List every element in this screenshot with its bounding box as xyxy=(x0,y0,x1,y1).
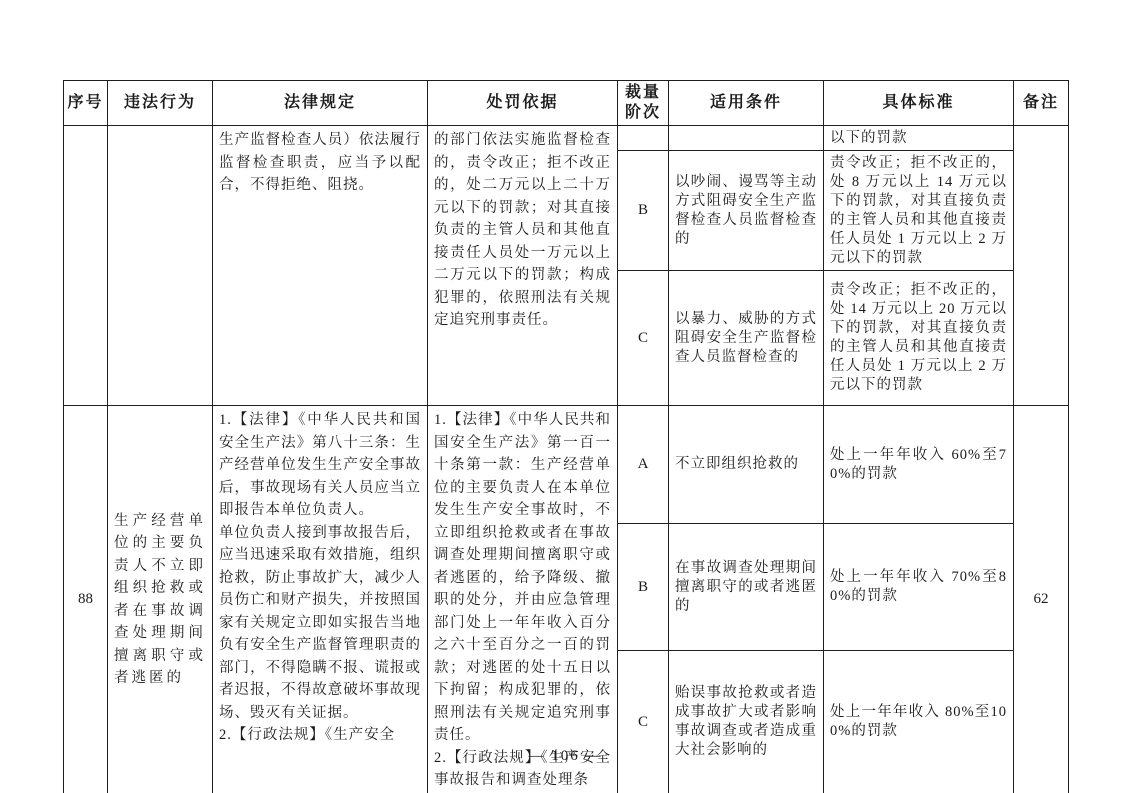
level-cell: B xyxy=(618,524,669,651)
standard-cell: 责令改正；拒不改正的，处 8 万元以上 14 万元以下的罚款，对其直接负责的主管… xyxy=(824,151,1014,271)
standard-cell: 以下的罚款 xyxy=(824,126,1014,151)
table-row: 88 生产经营单位的主要负责人不立即组织抢救或者在事故调查处理期间擅离职守或者逃… xyxy=(64,406,1069,524)
header-condition: 适用条件 xyxy=(669,81,824,126)
standard-cell: 处上一年年收入 60%至70%的罚款 xyxy=(824,406,1014,524)
condition-cell: 在事故调查处理期间擅离职守的或者逃匿的 xyxy=(669,524,824,651)
header-law: 法律规定 xyxy=(213,81,428,126)
level-cell: B xyxy=(618,151,669,271)
header-remark: 备注 xyxy=(1014,81,1069,126)
table-row: 生产监督检查人员）依法履行监督检查职责，应当予以配合，不得拒绝、阻挠。 的部门依… xyxy=(64,126,1069,151)
level-cell xyxy=(618,126,669,151)
header-basis: 处罚依据 xyxy=(428,81,618,126)
penalty-discretion-table: 序号 违法行为 法律规定 处罚依据 裁量阶次 适用条件 具体标准 备注 生产监督… xyxy=(63,80,1069,793)
serial-cell: 88 xyxy=(64,406,108,793)
condition-cell: 以吵闹、谩骂等主动方式阻碍安全生产监督检查人员监督检查的 xyxy=(669,151,824,271)
header-violation: 违法行为 xyxy=(108,81,213,126)
violation-cell xyxy=(108,126,213,406)
violation-cell: 生产经营单位的主要负责人不立即组织抢救或者在事故调查处理期间擅离职守或者逃匿的 xyxy=(108,406,213,793)
header-standard: 具体标准 xyxy=(824,81,1014,126)
law-cell: 1.【法律】《中华人民共和国安全生产法》第八十三条：生产经营单位发生生产安全事故… xyxy=(213,406,428,793)
basis-cell: 的部门依法实施监督检查的，责令改正；拒不改正的，处二万元以上二十万元以下的罚款；… xyxy=(428,126,618,406)
condition-cell xyxy=(669,126,824,151)
law-cell: 生产监督检查人员）依法履行监督检查职责，应当予以配合，不得拒绝、阻挠。 xyxy=(213,126,428,406)
remark-cell xyxy=(1014,126,1069,406)
page-number: — 106 — xyxy=(63,748,1068,765)
level-cell: C xyxy=(618,651,669,793)
remark-cell: 62 xyxy=(1014,406,1069,793)
condition-cell: 以暴力、威胁的方式阻碍安全生产监督检查人员监督检查的 xyxy=(669,271,824,406)
standard-cell: 处上一年年收入 70%至80%的罚款 xyxy=(824,524,1014,651)
header-level: 裁量阶次 xyxy=(618,81,669,126)
basis-cell: 1.【法律】《中华人民共和国安全生产法》第一百一十条第一款：生产经营单位的主要负… xyxy=(428,406,618,793)
standard-cell: 责令改正；拒不改正的，处 14 万元以上 20 万元以下的罚款，对其直接负责的主… xyxy=(824,271,1014,406)
table-header-row: 序号 违法行为 法律规定 处罚依据 裁量阶次 适用条件 具体标准 备注 xyxy=(64,81,1069,126)
header-serial: 序号 xyxy=(64,81,108,126)
condition-cell: 不立即组织抢救的 xyxy=(669,406,824,524)
document-page: 序号 违法行为 法律规定 处罚依据 裁量阶次 适用条件 具体标准 备注 生产监督… xyxy=(0,0,1122,793)
standard-cell: 处上一年年收入 80%至100%的罚款 xyxy=(824,651,1014,793)
level-cell: A xyxy=(618,406,669,524)
serial-cell xyxy=(64,126,108,406)
level-cell: C xyxy=(618,271,669,406)
condition-cell: 贻误事故抢救或者造成事故扩大或者影响事故调查或者造成重大社会影响的 xyxy=(669,651,824,793)
